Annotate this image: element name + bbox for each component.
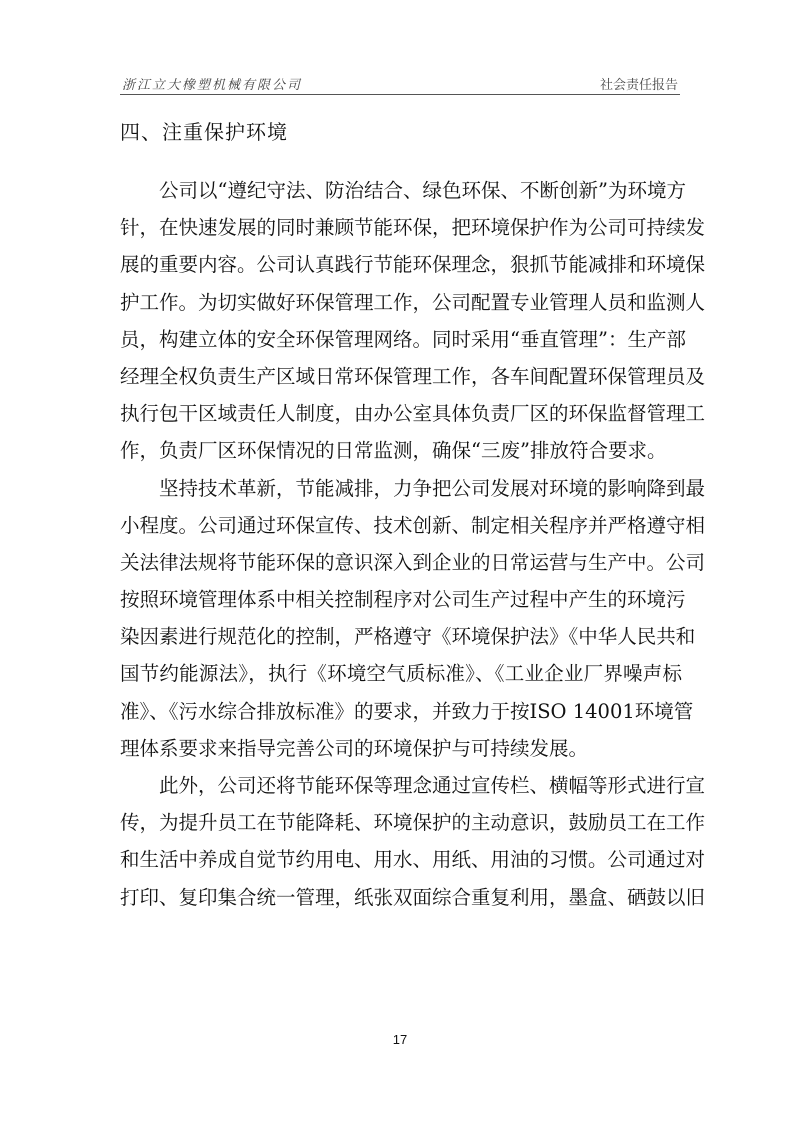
text-line: 经理全权负责生产区域日常环保管理工作，各车间配置环保管理员及 (120, 358, 682, 395)
paragraph-environmental-policy: 公司以“遵纪守法、防治结合、绿色环保、不断创新”为环境方 针，在快速发展的同时兼… (120, 172, 682, 470)
header-company-name: 浙江立大橡塑机械有限公司 (122, 74, 302, 93)
paragraph-technical-innovation: 坚持技术革新，节能减排，力争把公司发展对环境的影响降到最 小程度。公司通过环保宣… (120, 470, 682, 768)
text-line: 坚持技术革新，节能减排，力争把公司发展对环境的影响降到最 (120, 470, 682, 507)
text-line: 护工作。为切实做好环保管理工作，公司配置专业管理人员和监测人 (120, 284, 682, 321)
header-report-title: 社会责任报告 (600, 74, 678, 93)
text-line: 国节约能源法》，执行《环境空气质标准》、《工业企业厂界噪声标 (120, 655, 682, 692)
text-line: 染因素进行规范化的控制，严格遵守《环境保护法》《中华人民共和 (120, 618, 682, 655)
text-line: 作，负责厂区环保情况的日常监测，确保“三废”排放符合要求。 (120, 432, 682, 469)
text-line: 准》、《污水综合排放标准》的要求，并致力于按ISO 14001环境管 (120, 693, 682, 730)
text-line: 展的重要内容。公司认真践行节能环保理念，狠抓节能减排和环境保 (120, 246, 682, 283)
text-line: 员，构建立体的安全环保管理网络。同时采用“垂直管理”：生产部 (120, 321, 682, 358)
body-text: 公司以“遵纪守法、防治结合、绿色环保、不断创新”为环境方 针，在快速发展的同时兼… (120, 172, 682, 916)
text-line: 和生活中养成自觉节约用电、用水、用纸、用油的习惯。公司通过对 (120, 841, 682, 878)
text-line: 执行包干区域责任人制度，由办公室具体负责厂区的环保监督管理工 (120, 395, 682, 432)
text-line: 针，在快速发展的同时兼顾节能环保，把环境保护作为公司可持续发 (120, 209, 682, 246)
page-header: 浙江立大橡塑机械有限公司 社会责任报告 (120, 74, 680, 95)
text-line: 小程度。公司通过环保宣传、技术创新、制定相关程序并严格遵守相 (120, 507, 682, 544)
text-line: 此外，公司还将节能环保等理念通过宣传栏、横幅等形式进行宣 (120, 767, 682, 804)
section-title: 四、注重保护环境 (120, 116, 288, 145)
text-line: 传，为提升员工在节能降耗、环境保护的主动意识，鼓励员工在工作 (120, 804, 682, 841)
text-line: 关法律法规将节能环保的意识深入到企业的日常运营与生产中。公司 (120, 544, 682, 581)
text-line: 按照环境管理体系中相关控制程序对公司生产过程中产生的环境污 (120, 581, 682, 618)
text-line: 理体系要求来指导完善公司的环境保护与可持续发展。 (120, 730, 682, 767)
page-number: 17 (0, 1032, 800, 1047)
text-line: 打印、复印集合统一管理，纸张双面综合重复利用，墨盒、硒鼓以旧 (120, 879, 682, 916)
paragraph-awareness: 此外，公司还将节能环保等理念通过宣传栏、横幅等形式进行宣 传，为提升员工在节能降… (120, 767, 682, 916)
text-line: 公司以“遵纪守法、防治结合、绿色环保、不断创新”为环境方 (120, 172, 682, 209)
